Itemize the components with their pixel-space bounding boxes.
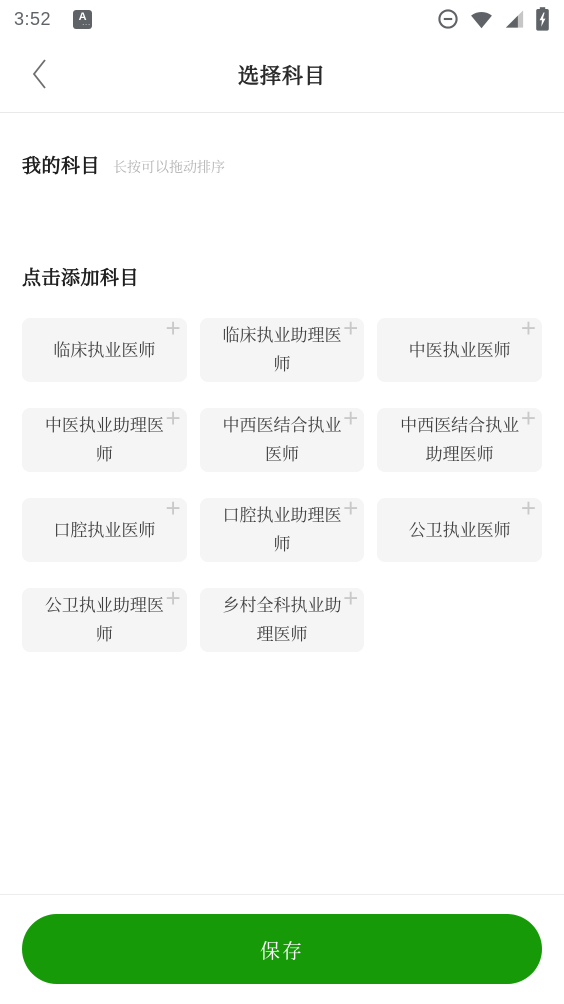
subject-card-label: 乡村全科执业助理医师	[218, 591, 347, 649]
subject-card[interactable]: +公卫执业助理医师	[22, 588, 187, 652]
do-not-disturb-icon	[436, 7, 460, 31]
a-badge-dots: ...	[82, 22, 91, 26]
subject-card-label: 中医执业助理医师	[40, 411, 169, 469]
status-bar: 3:52 A ...	[0, 0, 564, 38]
my-subjects-hint: 长按可以拖动排序	[113, 157, 225, 177]
subject-card-label: 临床执业助理医师	[218, 321, 347, 379]
clock: 3:52	[14, 9, 51, 30]
wifi-icon	[469, 7, 494, 31]
status-icons	[436, 6, 550, 32]
subject-card[interactable]: +乡村全科执业助理医师	[200, 588, 365, 652]
my-subjects-title: 我的科目	[22, 151, 100, 178]
subject-card[interactable]: +口腔执业医师	[22, 498, 187, 562]
subject-card[interactable]: +临床执业助理医师	[200, 318, 365, 382]
add-plus-icon: +	[165, 315, 180, 341]
cellular-signal-icon	[503, 7, 526, 31]
subject-card[interactable]: +中西医结合执业医师	[200, 408, 365, 472]
add-plus-icon: +	[521, 315, 536, 341]
footer-bar: 保存	[0, 894, 564, 1004]
subject-card[interactable]: +公卫执业医师	[377, 498, 542, 562]
add-subjects-header: 点击添加科目	[22, 263, 542, 290]
back-chevron-icon	[30, 57, 49, 94]
subject-card-label: 中医执业医师	[409, 336, 511, 365]
battery-charging-icon	[535, 6, 550, 32]
subject-card-label: 中西医结合执业助理医师	[395, 411, 524, 469]
header: 选择科目	[0, 38, 564, 113]
add-subjects-title: 点击添加科目	[22, 268, 139, 289]
save-button[interactable]: 保存	[22, 914, 542, 984]
subject-card-label: 公卫执业医师	[409, 516, 511, 545]
app-a-badge-icon: A ...	[73, 10, 92, 29]
subject-card-label: 临床执业医师	[53, 336, 155, 365]
subject-card-label: 中西医结合执业医师	[218, 411, 347, 469]
subject-card-label: 口腔执业医师	[53, 516, 155, 545]
subject-grid: +临床执业医师+临床执业助理医师+中医执业医师+中医执业助理医师+中西医结合执业…	[22, 318, 542, 652]
subject-card[interactable]: +中西医结合执业助理医师	[377, 408, 542, 472]
my-subjects-header: 我的科目 长按可以拖动排序	[22, 151, 542, 178]
add-plus-icon: +	[521, 495, 536, 521]
subject-card-label: 口腔执业助理医师	[218, 501, 347, 559]
add-plus-icon: +	[165, 495, 180, 521]
subject-card[interactable]: +中医执业助理医师	[22, 408, 187, 472]
subject-card[interactable]: +中医执业医师	[377, 318, 542, 382]
back-button[interactable]	[22, 55, 56, 95]
subject-card[interactable]: +口腔执业助理医师	[200, 498, 365, 562]
subject-card[interactable]: +临床执业医师	[22, 318, 187, 382]
subject-card-label: 公卫执业助理医师	[40, 591, 169, 649]
page-title: 选择科目	[238, 60, 326, 90]
my-subjects-empty-area	[0, 178, 564, 250]
